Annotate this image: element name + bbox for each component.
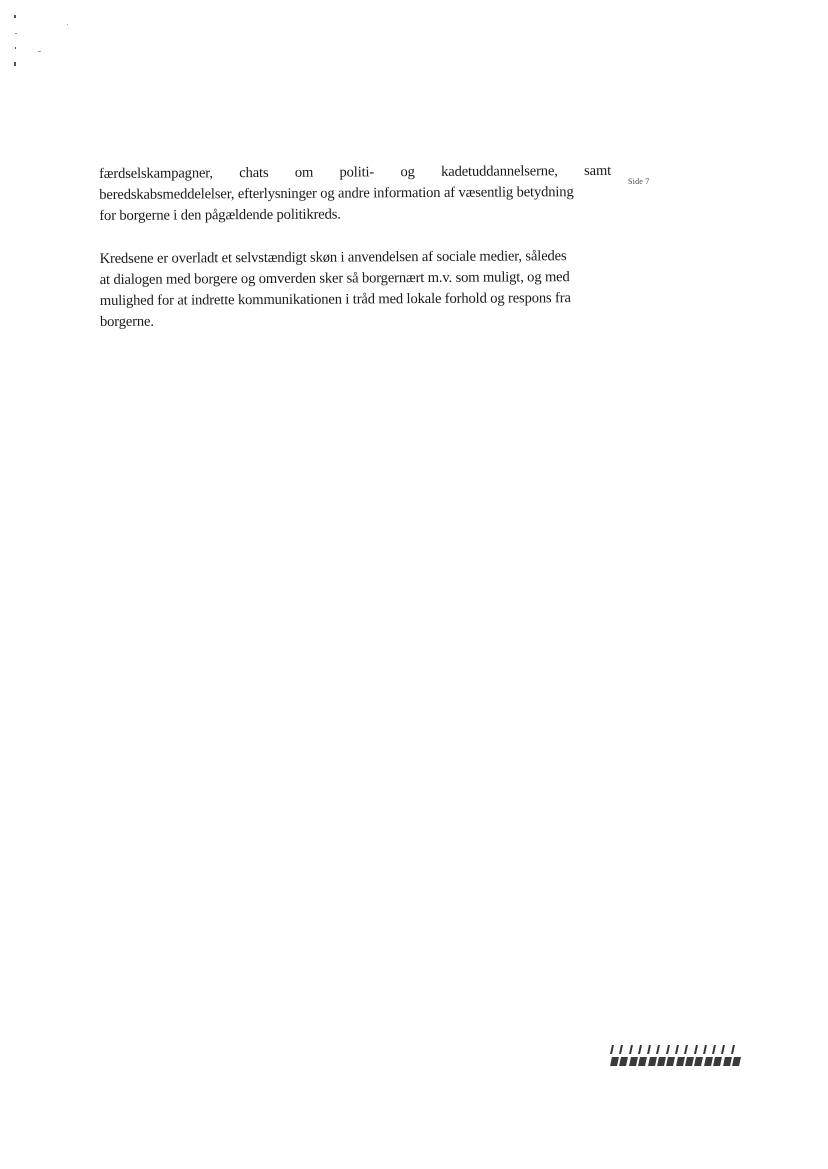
barcode-tick xyxy=(647,1045,651,1054)
scan-speck xyxy=(15,47,16,49)
word: chats xyxy=(239,163,268,184)
scan-speck xyxy=(67,24,68,25)
postal-barcode xyxy=(611,1045,741,1071)
barcode-tick xyxy=(731,1045,735,1054)
paragraph-1-line-3: for borgerne i den pågældende politikred… xyxy=(99,203,611,227)
scan-speck xyxy=(15,33,17,34)
barcode-block xyxy=(666,1057,675,1066)
barcode-block xyxy=(629,1057,638,1066)
scan-speck xyxy=(38,51,41,52)
barcode-block xyxy=(685,1057,694,1066)
word: færdselskampagner, xyxy=(99,163,213,185)
barcode-block xyxy=(619,1057,628,1066)
barcode-tick xyxy=(638,1045,642,1054)
page-margin-note: Side 7 xyxy=(628,177,649,186)
scan-artifacts xyxy=(0,0,90,80)
barcode-tick xyxy=(610,1045,614,1054)
scan-speck xyxy=(14,15,16,18)
barcode-tick xyxy=(656,1045,660,1054)
barcode-tick xyxy=(703,1045,707,1054)
barcode-block xyxy=(694,1057,703,1066)
barcode-tick xyxy=(666,1045,670,1054)
barcode-tick xyxy=(694,1045,698,1054)
word: politi- xyxy=(339,162,374,183)
word: samt xyxy=(584,161,611,182)
barcode-tick xyxy=(684,1045,688,1054)
barcode-block xyxy=(638,1057,647,1066)
paragraph-2-line-3: mulighed for at indrette kommunikationen… xyxy=(100,288,612,312)
barcode-tick xyxy=(712,1045,716,1054)
barcode-tick xyxy=(629,1045,633,1054)
barcode-tick xyxy=(619,1045,623,1054)
paragraph-1: færdselskampagner, chats om politi- og k… xyxy=(99,161,611,227)
barcode-block xyxy=(648,1057,657,1066)
barcode-block xyxy=(732,1057,741,1066)
barcode-block xyxy=(704,1057,713,1066)
barcode-tick xyxy=(721,1045,725,1054)
barcode-block xyxy=(676,1057,685,1066)
paragraph-1-line-2: beredskabsmeddelelser, efterlysninger og… xyxy=(99,182,611,206)
paragraph-2-line-4: borgerne. xyxy=(100,309,612,333)
barcode-block xyxy=(723,1057,732,1066)
scan-speck xyxy=(14,62,16,66)
barcode-block xyxy=(713,1057,722,1066)
paragraph-2: Kredsene er overladt et selvstændigt skø… xyxy=(100,246,613,333)
document-body: færdselskampagner, chats om politi- og k… xyxy=(99,161,612,333)
barcode-ticks xyxy=(610,1045,742,1054)
barcode-block xyxy=(657,1057,666,1066)
barcode-blocks xyxy=(610,1057,742,1066)
barcode-tick xyxy=(675,1045,679,1054)
word: kadetuddannelserne, xyxy=(441,161,558,183)
word: om xyxy=(295,163,313,184)
barcode-block xyxy=(610,1057,619,1066)
word: og xyxy=(400,162,414,183)
